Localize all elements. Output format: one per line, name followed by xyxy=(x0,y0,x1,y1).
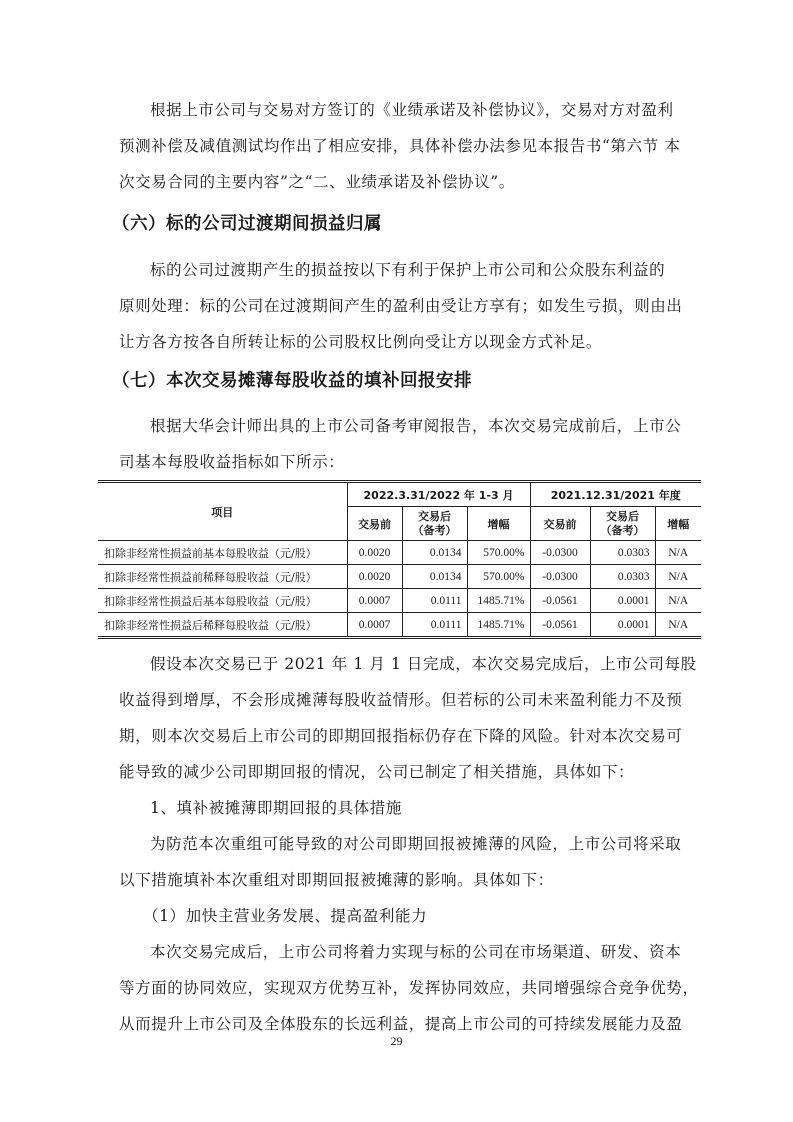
text-line: 根据上市公司与交易对方签订的《业绩承诺及补偿协议》，交易对方对盈利 xyxy=(119,92,685,128)
cell-p2-change: N/A xyxy=(655,613,701,638)
cell-p1-change: 570.00% xyxy=(467,565,530,589)
cell-p2-before: -0.0561 xyxy=(530,613,590,638)
text-line: 收益得到增厚，不会形成摊薄每股收益情形。但若标的公司未来盈利能力不及预 xyxy=(119,682,685,718)
cell-p2-after: 0.0001 xyxy=(590,613,655,638)
text-line: 标的公司过渡期产生的损益按以下有利于保护上市公司和公众股东利益的 xyxy=(119,252,685,288)
text-line: 让方各方按各自所转让标的公司股权比例向受让方以现金方式补足。 xyxy=(119,324,685,360)
section-heading-6: （六）标的公司过渡期间损益归属 xyxy=(112,210,382,235)
cell-p2-before: -0.0561 xyxy=(530,589,590,613)
header-change: 增幅 xyxy=(655,507,701,541)
header-after: 交易后（备考） xyxy=(402,507,467,541)
table-row: 扣除非经常性损益前基本每股收益（元/股） 0.0020 0.0134 570.0… xyxy=(98,541,701,565)
paragraph-dilution-risk: 假设本次交易已于 2021 年 1 月 1 日完成，本次交易完成后，上市公司每股… xyxy=(119,646,685,790)
text-line: 1、填补被摊薄即期回报的具体措施 xyxy=(119,790,685,826)
header-after: 交易后（备考） xyxy=(590,507,655,541)
text-line: 司基本每股收益指标如下所示： xyxy=(119,444,685,480)
cell-p1-before: 0.0007 xyxy=(347,589,402,613)
cell-p1-before: 0.0020 xyxy=(347,565,402,589)
cell-item: 扣除非经常性损益后稀释每股收益（元/股） xyxy=(98,613,347,638)
header-period-2021: 2021.12.31/2021 年度 xyxy=(530,482,701,507)
header-period-2022q1: 2022.3.31/2022 年 1-3 月 xyxy=(347,482,530,507)
cell-item: 扣除非经常性损益后基本每股收益（元/股） xyxy=(98,589,347,613)
table-header-row: 项目 2022.3.31/2022 年 1-3 月 2021.12.31/202… xyxy=(98,482,701,507)
cell-p1-before: 0.0007 xyxy=(347,613,402,638)
section-heading-7: （七）本次交易摊薄每股收益的填补回报安排 xyxy=(112,367,472,392)
text-line: 期，则本次交易后上市公司的即期回报指标仍存在下降的风险。针对本次交易可 xyxy=(119,718,685,754)
table-row: 扣除非经常性损益后基本每股收益（元/股） 0.0007 0.0111 1485.… xyxy=(98,589,701,613)
cell-item: 扣除非经常性损益前基本每股收益（元/股） xyxy=(98,541,347,565)
text-line: 以下措施填补本次重组对即期回报被摊薄的影响。具体如下： xyxy=(119,862,685,898)
header-change: 增幅 xyxy=(467,507,530,541)
header-after-line2: （备考） xyxy=(601,524,645,537)
table-row: 扣除非经常性损益后稀释每股收益（元/股） 0.0007 0.0111 1485.… xyxy=(98,613,701,638)
page-number: 29 xyxy=(0,1034,793,1049)
header-after-line1: 交易后 xyxy=(606,510,639,523)
cell-item: 扣除非经常性损益前稀释每股收益（元/股） xyxy=(98,565,347,589)
text-line: 为防范本次重组可能导致的对公司即期回报被摊薄的风险，上市公司将采取 xyxy=(119,826,685,862)
text-line: 原则处理：标的公司在过渡期间产生的盈利由受让方享有；如发生亏损，则由出 xyxy=(119,288,685,324)
paragraph-measures-intro: 为防范本次重组可能导致的对公司即期回报被摊薄的风险，上市公司将采取 以下措施填补… xyxy=(119,826,685,898)
cell-p2-change: N/A xyxy=(655,565,701,589)
eps-table: 项目 2022.3.31/2022 年 1-3 月 2021.12.31/202… xyxy=(98,480,701,639)
cell-p1-change: 1485.71% xyxy=(467,589,530,613)
header-after-line2: （备考） xyxy=(413,524,457,537)
paragraph-compensation-agreement: 根据上市公司与交易对方签订的《业绩承诺及补偿协议》，交易对方对盈利 预测补偿及减… xyxy=(119,92,685,200)
cell-p1-change: 1485.71% xyxy=(467,613,530,638)
text-line: 根据大华会计师出具的上市公司备考审阅报告，本次交易完成前后，上市公 xyxy=(119,408,685,444)
text-line: 能导致的减少公司即期回报的情况，公司已制定了相关措施，具体如下： xyxy=(119,754,685,790)
cell-p1-after: 0.0111 xyxy=(402,589,467,613)
paragraph-transition-period: 标的公司过渡期产生的损益按以下有利于保护上市公司和公众股东利益的 原则处理：标的… xyxy=(119,252,685,360)
cell-p2-change: N/A xyxy=(655,589,701,613)
paragraph-audit-report: 根据大华会计师出具的上市公司备考审阅报告，本次交易完成前后，上市公 司基本每股收… xyxy=(119,408,685,480)
subsection-heading-1: 1、填补被摊薄即期回报的具体措施 xyxy=(119,790,685,826)
cell-p1-after: 0.0134 xyxy=(402,565,467,589)
cell-p2-after: 0.0303 xyxy=(590,565,655,589)
cell-p2-before: -0.0300 xyxy=(530,565,590,589)
header-before: 交易前 xyxy=(347,507,402,541)
header-after-line1: 交易后 xyxy=(418,510,451,523)
text-line: 次交易合同的主要内容”之“二、业绩承诺及补偿协议”。 xyxy=(119,164,685,200)
cell-p1-after: 0.0134 xyxy=(402,541,467,565)
cell-p2-after: 0.0001 xyxy=(590,589,655,613)
cell-p1-after: 0.0111 xyxy=(402,613,467,638)
cell-p2-after: 0.0303 xyxy=(590,541,655,565)
cell-p1-change: 570.00% xyxy=(467,541,530,565)
text-line: 预测补偿及减值测试均作出了相应安排，具体补偿办法参见本报告书“第六节 本 xyxy=(119,128,685,164)
cell-p2-change: N/A xyxy=(655,541,701,565)
cell-p1-before: 0.0020 xyxy=(347,541,402,565)
text-line: 等方面的协同效应，实现双方优势互补，发挥协同效应，共同增强综合竞争优势， xyxy=(119,970,685,1006)
header-before: 交易前 xyxy=(530,507,590,541)
text-line: 本次交易完成后，上市公司将着力实现与标的公司在市场渠道、研发、资本 xyxy=(119,934,685,970)
table-row: 扣除非经常性损益前稀释每股收益（元/股） 0.0020 0.0134 570.0… xyxy=(98,565,701,589)
text-line: （1）加快主营业务发展、提高盈利能力 xyxy=(119,898,685,934)
cell-p2-before: -0.0300 xyxy=(530,541,590,565)
document-page: 根据上市公司与交易对方签订的《业绩承诺及补偿协议》，交易对方对盈利 预测补偿及减… xyxy=(0,0,793,1122)
header-item: 项目 xyxy=(98,482,347,541)
text-line: 假设本次交易已于 2021 年 1 月 1 日完成，本次交易完成后，上市公司每股 xyxy=(119,646,685,682)
subsection-heading-1-1: （1）加快主营业务发展、提高盈利能力 xyxy=(119,898,685,934)
paragraph-synergy: 本次交易完成后，上市公司将着力实现与标的公司在市场渠道、研发、资本 等方面的协同… xyxy=(119,934,685,1042)
